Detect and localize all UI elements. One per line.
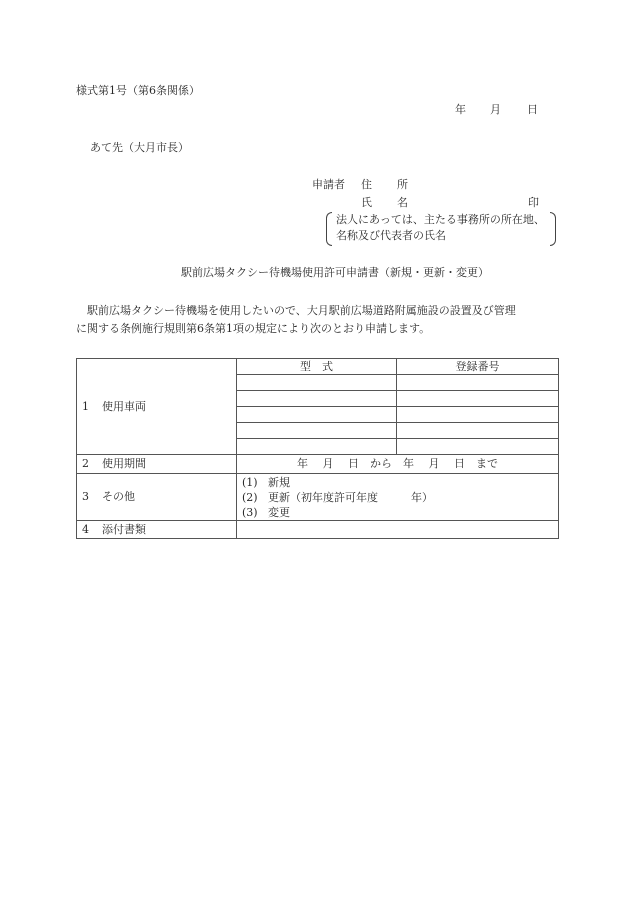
option-new[interactable]: (1)新規 (237, 475, 558, 490)
corporate-note: 法人にあっては、主たる事務所の所在地、 名称及び代表者の氏名 (326, 211, 556, 245)
registration-cell[interactable] (397, 375, 559, 391)
model-cell[interactable] (237, 391, 397, 407)
address-label-1: 住 (361, 178, 372, 192)
model-cell[interactable] (237, 439, 397, 455)
corporate-note-line2: 名称及び代表者の氏名 (336, 229, 446, 243)
body-text-line2: に関する条例施行規則第6条第1項の規定により次のとおり申請します。 (76, 322, 430, 336)
registration-cell[interactable] (397, 391, 559, 407)
model-cell[interactable] (237, 375, 397, 391)
registration-cell[interactable] (397, 423, 559, 439)
form-number: 様式第1号（第6条関係） (76, 84, 200, 98)
model-cell[interactable] (237, 407, 397, 423)
row-label-other: 3その他 (77, 474, 237, 521)
applicant-label: 申請者 (312, 178, 345, 192)
attachments-cell[interactable] (237, 521, 559, 539)
registration-cell[interactable] (397, 407, 559, 423)
table-row: 1使用車両 型 式 登録番号 (77, 359, 559, 375)
table-row: 3その他 (1)新規 (2)更新（初年度許可年度 年） (3)変更 (77, 474, 559, 521)
date-year-label: 年 (455, 103, 466, 117)
right-bracket (550, 212, 556, 246)
address-label-2: 所 (397, 178, 408, 192)
header-model: 型 式 (237, 359, 397, 375)
header-registration: 登録番号 (397, 359, 559, 375)
option-renewal[interactable]: (2)更新（初年度許可年度 年） (237, 490, 558, 505)
option-change[interactable]: (3)変更 (237, 505, 558, 520)
application-table: 1使用車両 型 式 登録番号 2使用期間 年 月 日 から 年 月 日 まで 3… (76, 358, 559, 539)
corporate-note-line1: 法人にあっては、主たる事務所の所在地、 (336, 213, 545, 227)
registration-cell[interactable] (397, 439, 559, 455)
date-month-label: 月 (490, 103, 501, 117)
row-label-attachments: 4添付書類 (77, 521, 237, 539)
row-label-period: 2使用期間 (77, 455, 237, 474)
table-row: 4添付書類 (77, 521, 559, 539)
addressee: あて先（大月市長） (90, 141, 189, 155)
other-options-cell: (1)新規 (2)更新（初年度許可年度 年） (3)変更 (237, 474, 559, 521)
seal-mark: 印 (528, 196, 539, 210)
body-text-line1: 駅前広場タクシー待機場を使用したいので、大月駅前広場道路附属施設の設置及び管理 (87, 304, 516, 318)
date-day-label: 日 (527, 103, 538, 117)
left-bracket (326, 212, 332, 246)
name-label-2: 名 (397, 196, 408, 210)
row-label-vehicles: 1使用車両 (77, 359, 237, 455)
table-row: 2使用期間 年 月 日 から 年 月 日 まで (77, 455, 559, 474)
period-cell[interactable]: 年 月 日 から 年 月 日 まで (237, 455, 559, 474)
model-cell[interactable] (237, 423, 397, 439)
name-label-1: 氏 (361, 196, 372, 210)
document-title: 駅前広場タクシー待機場使用許可申請書（新規・更新・変更） (181, 266, 489, 280)
